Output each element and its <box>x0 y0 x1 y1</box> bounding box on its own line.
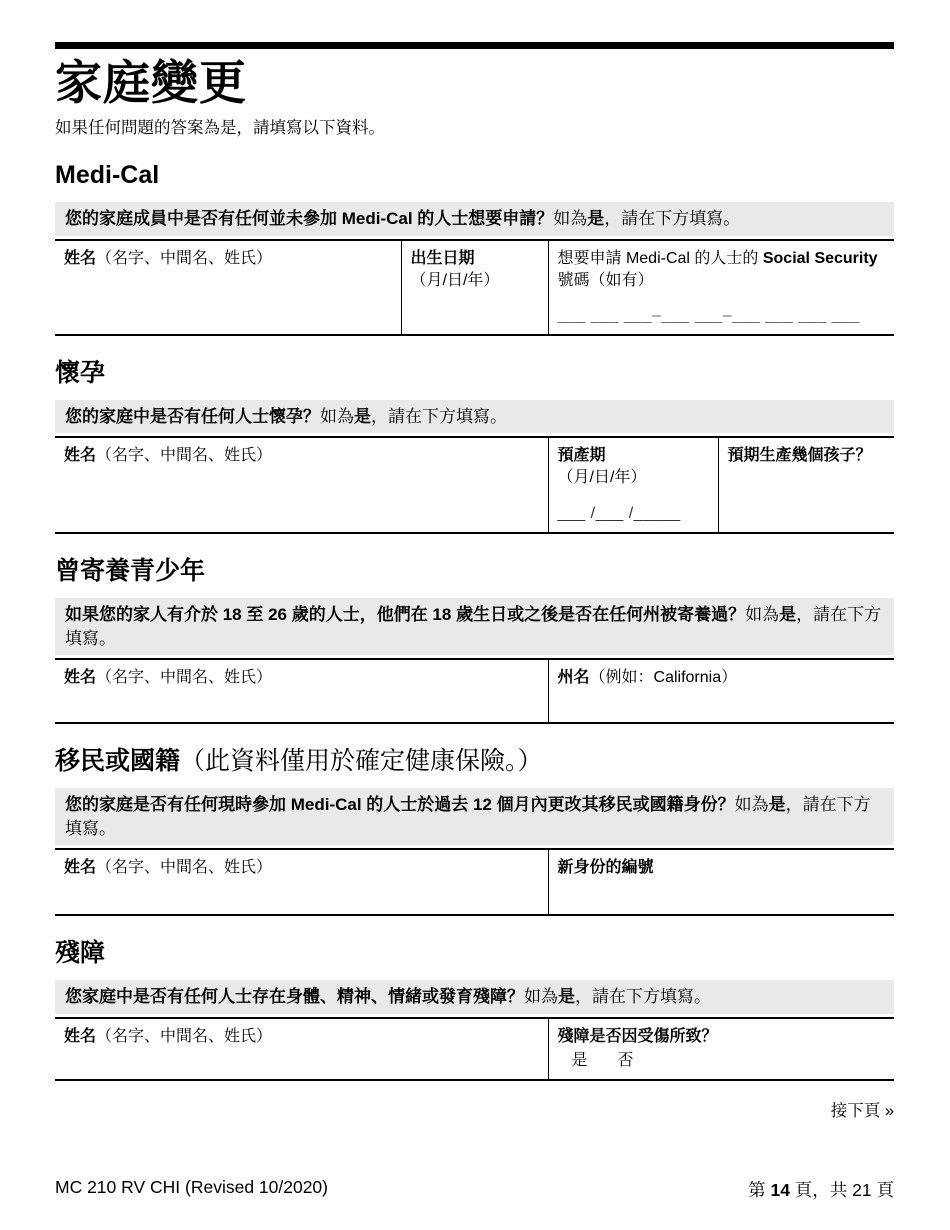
page-number-post: 頁，共 21 頁 <box>790 1180 894 1200</box>
question-text: 您家庭中是否有任何人士存在身體、精神、情緒或發育殘障？ <box>65 987 524 1006</box>
ssn-label: 想要申請 Medi-Cal 的人士的 Social Security 號碼（如有… <box>558 248 886 292</box>
ssn-blank-line[interactable]: ___ ___ ___–___ ___–___ ___ ___ ___ <box>558 305 886 327</box>
page-number: 14 <box>770 1180 789 1200</box>
name-hint: （名字、中間名、姓氏） <box>96 669 272 686</box>
name-label: 姓名 <box>64 250 96 267</box>
question-text: 您的家庭是否有任何現時參加 Medi-Cal 的人士於過去 12 個月內更改其移… <box>65 795 735 814</box>
immigration-name-input-cell[interactable]: 姓名（名字、中間名、姓氏） <box>55 849 548 915</box>
disability-injury-input-cell[interactable]: 殘障是否因受傷所致？ 是否 <box>548 1018 894 1080</box>
state-label: 州名 <box>558 669 590 686</box>
next-page-indicator: 接下頁 » <box>55 1097 894 1121</box>
page-footer: MC 210 RV CHI (Revised 10/2020) 第 14 頁，共… <box>55 1177 894 1202</box>
question-if: 如為 <box>745 605 779 624</box>
name-hint: （名字、中間名、姓氏） <box>96 250 272 267</box>
question-yes: 是 <box>779 605 796 624</box>
table-row: 姓名（名字、中間名、姓氏） 預產期 （月/日/年） ___ /___ /____… <box>55 437 894 533</box>
question-text: 您的家庭中是否有任何人士懷孕？ <box>65 407 320 426</box>
page-number-indicator: 第 14 頁，共 21 頁 <box>748 1177 894 1202</box>
ssn-label-post: 號碼（如有） <box>558 272 654 289</box>
question-yes: 是 <box>558 987 575 1006</box>
name-label: 姓名 <box>64 447 96 464</box>
page-number-pre: 第 <box>748 1180 770 1200</box>
table-row: 姓名（名字、中間名、姓氏） 出生日期 （月/日/年） 想要申請 Medi-Cal… <box>55 240 894 335</box>
pregnancy-count-input-cell[interactable]: 預期生產幾個孩子？ <box>718 437 894 533</box>
name-hint: （名字、中間名、姓氏） <box>96 447 272 464</box>
section-heading-immigration: 移民或國籍（此資料僅用於確定健康保險。） <box>55 746 894 776</box>
status-number-label: 新身份的編號 <box>558 859 654 876</box>
due-date-label: 預產期 <box>558 445 709 467</box>
injury-yes-option[interactable]: 是 <box>572 1052 588 1069</box>
dob-label: 出生日期 <box>411 248 539 270</box>
question-bar-foster: 如果您的家人有介於 18 至 26 歲的人士，他們在 18 歲生日或之後是否在任… <box>55 598 894 655</box>
dob-format-hint: （月/日/年） <box>411 270 539 292</box>
pregnancy-due-date-input-cell[interactable]: 預產期 （月/日/年） ___ /___ /_____ <box>548 437 718 533</box>
question-yes: 是 <box>354 407 371 426</box>
due-date-blank-line[interactable]: ___ /___ /_____ <box>558 503 709 525</box>
question-bar-medical: 您的家庭成員中是否有任何並未參加 Medi-Cal 的人士想要申請？如為是，請在… <box>55 202 894 236</box>
pregnancy-name-input-cell[interactable]: 姓名（名字、中間名、姓氏） <box>55 437 548 533</box>
name-label: 姓名 <box>64 1028 96 1045</box>
question-yes: 是 <box>769 795 786 814</box>
injury-question-label: 殘障是否因受傷所致？ <box>558 1026 886 1048</box>
name-hint: （名字、中間名、姓氏） <box>96 859 272 876</box>
question-bar-immigration: 您的家庭是否有任何現時參加 Medi-Cal 的人士於過去 12 個月內更改其移… <box>55 788 894 845</box>
baby-count-label: 預期生產幾個孩子？ <box>728 447 872 464</box>
question-tail: ，請在下方填寫。 <box>371 407 507 426</box>
medical-table: 姓名（名字、中間名、姓氏） 出生日期 （月/日/年） 想要申請 Medi-Cal… <box>55 239 894 336</box>
disability-table: 姓名（名字、中間名、姓氏） 殘障是否因受傷所致？ 是否 <box>55 1017 894 1081</box>
question-text: 如果您的家人有介於 18 至 26 歲的人士，他們在 18 歲生日或之後是否在任… <box>65 605 745 624</box>
table-row: 姓名（名字、中間名、姓氏） 殘障是否因受傷所致？ 是否 <box>55 1018 894 1080</box>
question-text: 您的家庭成員中是否有任何並未參加 Medi-Cal 的人士想要申請？ <box>65 209 553 228</box>
question-bar-pregnancy: 您的家庭中是否有任何人士懷孕？如為是，請在下方填寫。 <box>55 400 894 434</box>
due-date-format-hint: （月/日/年） <box>558 467 709 489</box>
immigration-status-number-input-cell[interactable]: 新身份的編號 <box>548 849 894 915</box>
section-heading-medical: Medi-Cal <box>55 160 894 190</box>
immigration-heading-note: （此資料僅用於確定健康保險。） <box>180 747 543 775</box>
question-yes: 是 <box>587 209 604 228</box>
name-label: 姓名 <box>64 669 96 686</box>
name-label: 姓名 <box>64 859 96 876</box>
question-bar-disability: 您家庭中是否有任何人士存在身體、精神、情緒或發育殘障？如為是，請在下方填寫。 <box>55 980 894 1014</box>
injury-yes-no-options: 是否 <box>558 1050 886 1072</box>
section-heading-pregnancy: 懷孕 <box>55 358 894 388</box>
section-heading-disability: 殘障 <box>55 938 894 968</box>
name-hint: （名字、中間名、姓氏） <box>96 1028 272 1045</box>
pregnancy-table: 姓名（名字、中間名、姓氏） 預產期 （月/日/年） ___ /___ /____… <box>55 436 894 534</box>
foster-state-input-cell[interactable]: 州名（例如：California） <box>548 659 894 723</box>
question-if: 如為 <box>524 987 558 1006</box>
foster-table: 姓名（名字、中間名、姓氏） 州名（例如：California） <box>55 658 894 724</box>
table-row: 姓名（名字、中間名、姓氏） 州名（例如：California） <box>55 659 894 723</box>
form-number: MC 210 RV CHI (Revised 10/2020) <box>55 1177 328 1202</box>
state-hint: （例如：California） <box>590 669 738 686</box>
disability-name-input-cell[interactable]: 姓名（名字、中間名、姓氏） <box>55 1018 548 1080</box>
immigration-table: 姓名（名字、中間名、姓氏） 新身份的編號 <box>55 848 894 916</box>
top-rule <box>55 42 894 49</box>
page-subtitle: 如果任何問題的答案為是，請填寫以下資料。 <box>55 114 894 138</box>
question-if: 如為 <box>320 407 354 426</box>
section-heading-foster: 曾寄養青少年 <box>55 556 894 586</box>
medical-name-input-cell[interactable]: 姓名（名字、中間名、姓氏） <box>55 240 401 335</box>
medical-ssn-input-cell[interactable]: 想要申請 Medi-Cal 的人士的 Social Security 號碼（如有… <box>548 240 894 335</box>
question-tail: ，請在下方填寫。 <box>575 987 711 1006</box>
question-if: 如為 <box>553 209 587 228</box>
table-row: 姓名（名字、中間名、姓氏） 新身份的編號 <box>55 849 894 915</box>
immigration-heading-text: 移民或國籍 <box>55 747 180 775</box>
ssn-label-pre: 想要申請 Medi-Cal 的人士的 <box>558 250 763 267</box>
medical-dob-input-cell[interactable]: 出生日期 （月/日/年） <box>401 240 548 335</box>
page-title: 家庭變更 <box>55 55 894 110</box>
question-if: 如為 <box>735 795 769 814</box>
question-tail: ，請在下方填寫。 <box>604 209 740 228</box>
form-page: 家庭變更 如果任何問題的答案為是，請填寫以下資料。 Medi-Cal 您的家庭成… <box>0 0 950 1230</box>
ssn-label-bold: Social Security <box>763 250 878 267</box>
foster-name-input-cell[interactable]: 姓名（名字、中間名、姓氏） <box>55 659 548 723</box>
injury-no-option[interactable]: 否 <box>618 1052 634 1069</box>
